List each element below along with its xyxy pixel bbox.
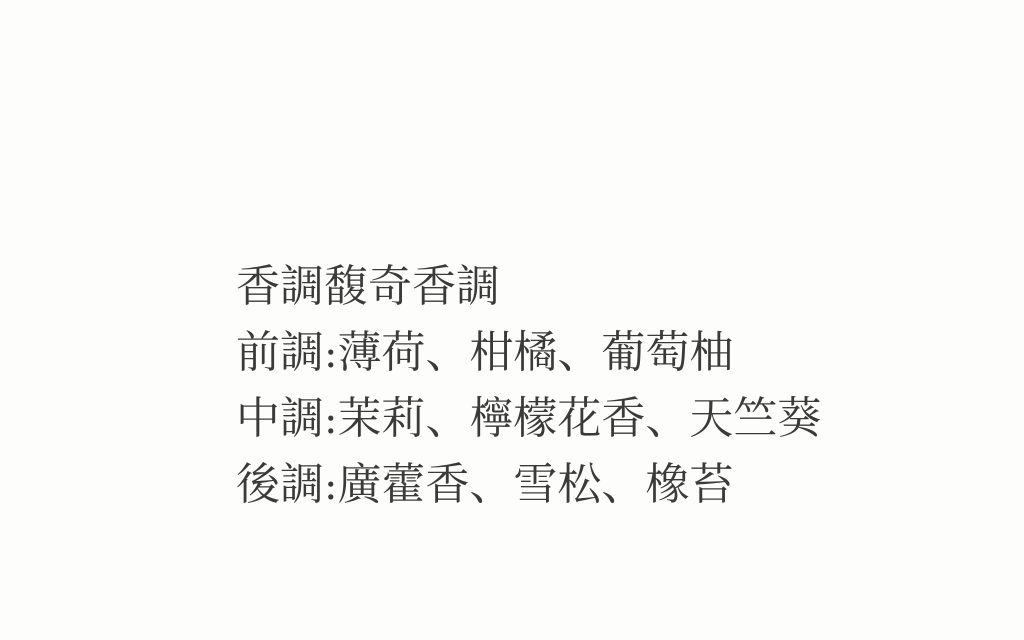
separator: : [324, 397, 337, 443]
top-notes-label: 前調 [236, 327, 324, 378]
accord-value: 馥奇香調 [324, 261, 500, 312]
separator: : [324, 331, 337, 377]
middle-notes-label: 中調 [236, 393, 324, 444]
fragrance-notes: 香調馥奇香調 前調:薄荷、柑橘、葡萄柚 中調:茉莉、檸檬花香、天竺葵 後調:廣藿… [180, 188, 821, 452]
middle-notes-value: 茉莉、檸檬花香、天竺葵 [337, 393, 821, 444]
separator: : [324, 463, 337, 509]
base-notes-label: 後調 [236, 459, 324, 510]
accord-label: 香調 [236, 261, 324, 312]
accord-line: 香調馥奇香調 [180, 188, 821, 254]
top-notes-value: 薄荷、柑橘、葡萄柚 [337, 327, 733, 378]
base-notes-value: 廣藿香、雪松、橡苔 [337, 459, 733, 510]
